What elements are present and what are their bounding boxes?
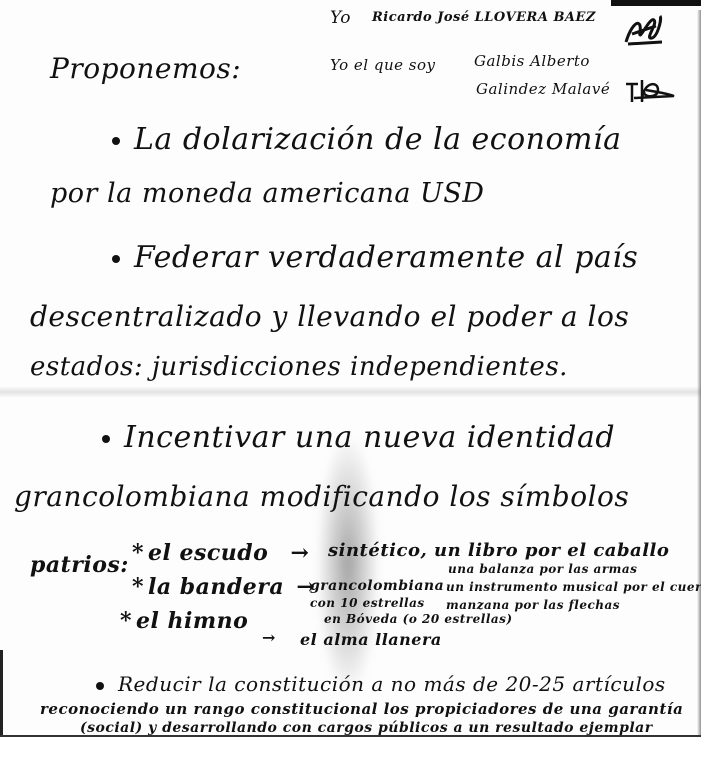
proposal-2-line-1: Federar verdaderamente al país [112, 240, 638, 275]
proposal-4-line-3: (social) y desarrollando con cargos públ… [80, 720, 653, 736]
bullet-icon [96, 682, 104, 690]
signatory-1-name: Ricardo José LLOVERA BAEZ [372, 10, 596, 25]
symbols-label: patrios: [30, 552, 129, 578]
signatory-2-prefix: Yo el que soy [330, 56, 435, 74]
proposal-2-line-2: descentralizado y llevando el poder a lo… [30, 300, 629, 333]
signatory-2-name-line1: Galbis Alberto [474, 52, 590, 70]
signature-2-icon [624, 72, 676, 108]
proposal-1-line-1: La dolarización de la economía [112, 122, 621, 157]
proposal-4-line-1: Reducir la constitución a no más de 20-2… [96, 672, 666, 696]
proposal-3-line-2: grancolombiana modificando los símbolos [14, 480, 629, 513]
proposal-3-line-1: Incentivar una nueva identidad [102, 420, 615, 455]
scan-edge-left [0, 650, 3, 737]
symbol-item-bandera: *la bandera → [132, 574, 315, 600]
heading: Proponemos: [50, 52, 241, 85]
ink-stain [318, 440, 378, 690]
scan-edge-top [611, 0, 701, 6]
bullet-icon [112, 137, 120, 145]
escudo-detail-2: una balanza por las armas [448, 562, 637, 576]
page-fold-shadow [0, 386, 701, 398]
scanned-page: Yo Ricardo José LLOVERA BAEZ Yo el que s… [0, 0, 701, 737]
bandera-detail-c: con 10 estrellas [310, 596, 425, 610]
escudo-detail: sintético, un libro por el caballo [328, 540, 669, 561]
bandera-detail-e: en Bóveda (o 20 estrellas) [324, 612, 513, 626]
bandera-detail-d: manzana por las flechas [446, 598, 620, 612]
bullet-icon [112, 255, 120, 263]
blank-margin [0, 737, 701, 769]
proposal-2-line-3: estados: jurisdicciones independientes. [30, 352, 568, 382]
bandera-detail-b: un instrumento musical por el cuerno y [446, 580, 701, 594]
proposal-4-line-2: reconociendo un rango constitucional los… [40, 700, 683, 718]
signature-1-icon [622, 12, 666, 48]
signatory-2-name-line2: Galindez Malavé [476, 80, 610, 98]
bandera-detail: grancolombiana [310, 578, 444, 594]
scan-edge-right [697, 10, 701, 737]
symbol-item-escudo: *el escudo → [132, 540, 309, 566]
asterisk-icon: * [132, 574, 144, 600]
himno-arrow: → [262, 628, 276, 647]
asterisk-icon: * [132, 540, 144, 566]
proposal-1-line-2: por la moneda americana USD [50, 178, 484, 209]
himno-detail: el alma llanera [300, 630, 442, 649]
bullet-icon [102, 435, 110, 443]
symbol-item-himno: *el himno [120, 608, 248, 634]
asterisk-icon: * [120, 608, 132, 634]
signatory-1-prefix: Yo [330, 8, 351, 28]
